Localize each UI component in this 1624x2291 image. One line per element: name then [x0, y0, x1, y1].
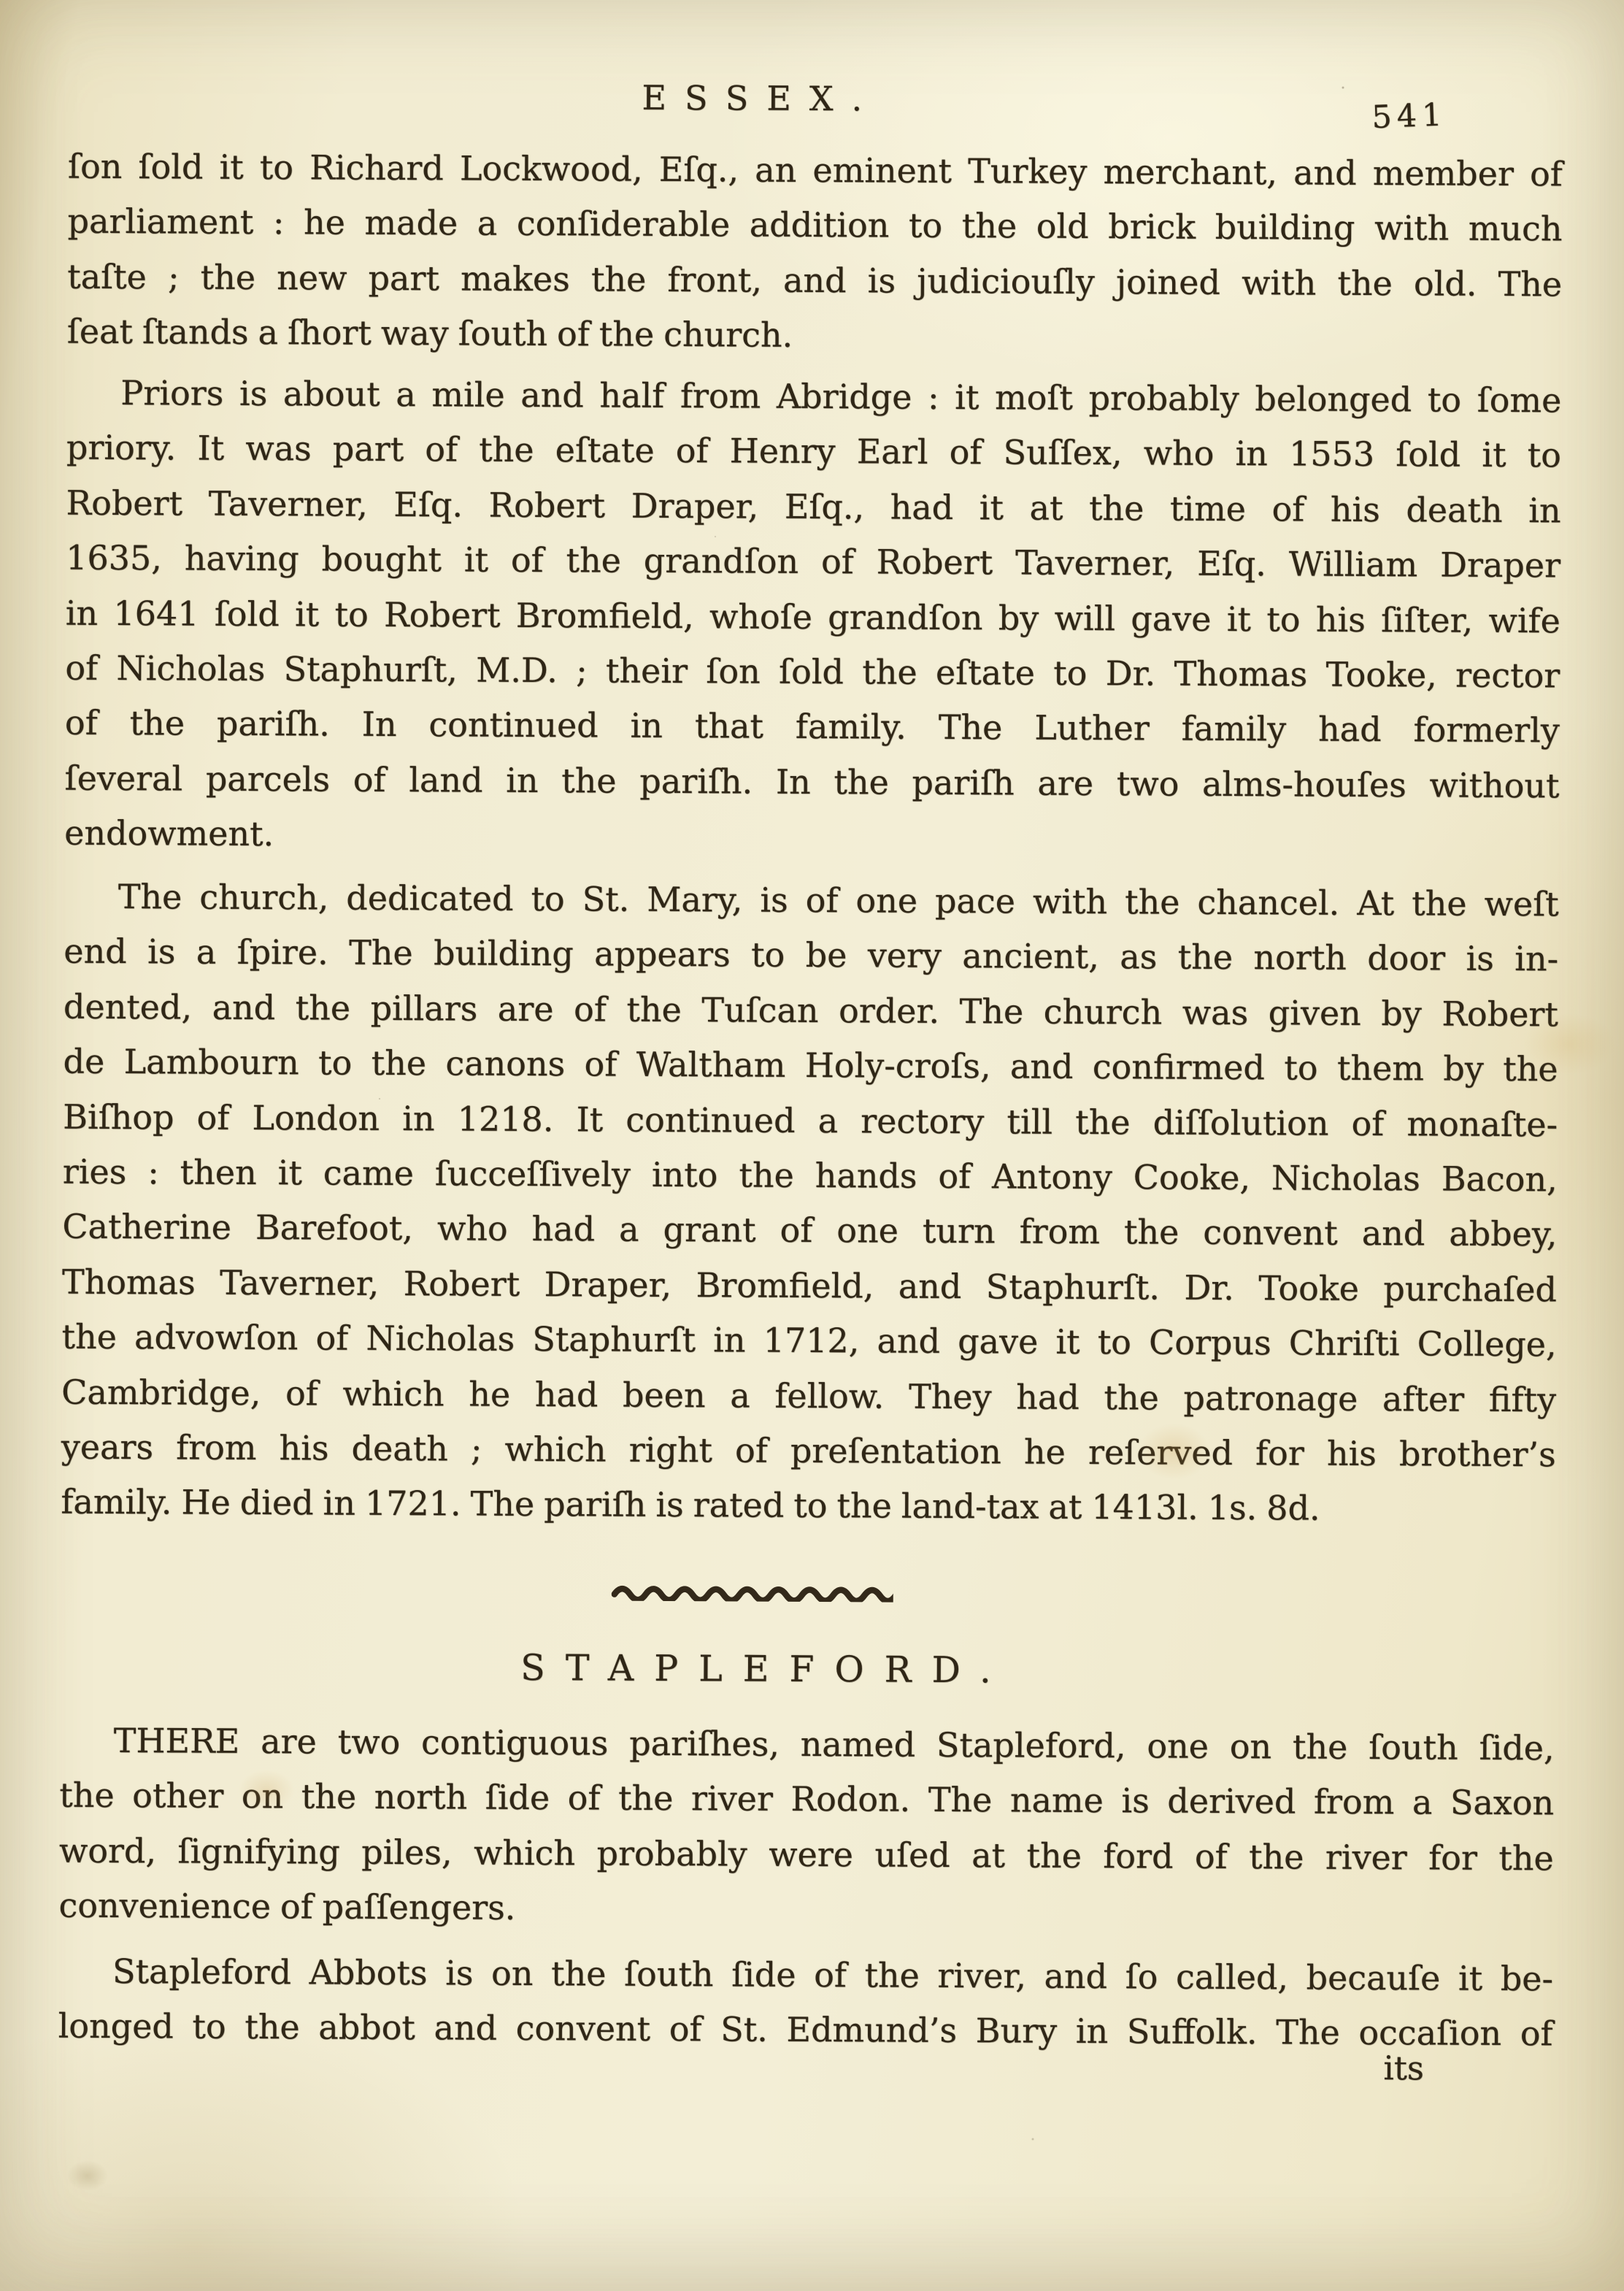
word: the	[1412, 876, 1467, 932]
word: eſtate	[936, 645, 1035, 701]
word: church,	[199, 870, 328, 926]
word: in	[506, 753, 539, 809]
word: It	[576, 1092, 603, 1148]
word: the	[864, 1948, 920, 2003]
word: and	[783, 253, 847, 309]
word: ſhort	[288, 305, 372, 361]
text-line: parliament:hemadeaconſiderableadditionto…	[67, 194, 1562, 257]
word: right	[629, 1423, 713, 1478]
word: Cooke,	[1134, 1150, 1251, 1205]
text-line: yearsfromhisdeath;whichrightofpreſentati…	[61, 1420, 1556, 1483]
word: the	[618, 1771, 674, 1827]
word: is	[445, 1946, 474, 2001]
word: Draper,	[544, 1257, 671, 1313]
word: The	[939, 700, 1003, 756]
word: 1218.	[458, 1091, 554, 1147]
word: ;	[471, 1421, 482, 1476]
word: In	[362, 697, 397, 753]
word: and	[434, 2001, 497, 2057]
word: is	[760, 873, 788, 929]
paragraph: THEREaretwocontiguouspariſhes,namedStapl…	[58, 1714, 1555, 1941]
word: ſouth	[624, 1947, 714, 2003]
word: a	[730, 1368, 750, 1424]
word: on	[491, 1946, 534, 2002]
word: the	[1075, 1094, 1131, 1150]
word: the	[551, 1946, 607, 2002]
word: Draper,	[631, 478, 758, 534]
word: Nicholas	[116, 641, 265, 696]
word: wife	[1488, 593, 1560, 648]
word: and	[520, 368, 584, 423]
word: to	[1098, 1315, 1132, 1370]
paragraph: ſonſoldittoRichardLockwood,Eſq.,aneminen…	[67, 139, 1563, 367]
word: one	[1147, 1719, 1209, 1774]
word: the	[59, 1768, 115, 1824]
word: a	[477, 196, 498, 252]
word: for	[1428, 1830, 1477, 1886]
text-line: BiſhopofLondonin1218.Itcontinuedarectory…	[63, 1089, 1558, 1152]
word: the	[599, 307, 655, 363]
word: he	[304, 196, 345, 251]
word: ſeveral	[64, 751, 182, 806]
word: the	[834, 755, 889, 810]
word: on	[1230, 1719, 1272, 1775]
text-line: ſonſoldittoRichardLockwood,Eſq.,aneminen…	[68, 139, 1563, 202]
word: which	[342, 1366, 445, 1421]
word: Mary,	[647, 872, 742, 928]
word: of	[1520, 2006, 1553, 2062]
word: patronage	[1183, 1370, 1358, 1427]
section-divider-squiggle	[612, 1582, 893, 1603]
word: conſiderable	[517, 196, 731, 253]
paragraph: PriorsisaboutamileandhalffromAbridge:itm…	[64, 366, 1562, 869]
word: in-	[1515, 932, 1558, 987]
word: by	[1381, 986, 1422, 1042]
word: weſt	[1484, 877, 1559, 932]
word: a	[258, 305, 278, 361]
paragraph: Thechurch,dedicatedtoSt.Mary,isofonepace…	[61, 870, 1559, 1538]
word: bought	[321, 532, 442, 588]
word: William	[1289, 537, 1418, 593]
text-line: word,ſignifyingpiles,whichprobablywereuſ…	[59, 1823, 1554, 1886]
word: ſouth	[1369, 1720, 1458, 1776]
word: and	[212, 980, 275, 1035]
word: convenience	[58, 1879, 271, 1935]
word: of	[557, 307, 590, 362]
word: name	[1010, 1773, 1104, 1829]
word: He	[181, 1475, 231, 1531]
word: diſſolution	[1152, 1095, 1328, 1151]
word: and	[1293, 145, 1357, 201]
word: The	[928, 1773, 993, 1828]
word: The	[959, 984, 1023, 1040]
word: are	[261, 1714, 317, 1770]
text-line: taſte;thenewpartmakesthefront,andisjudic…	[67, 249, 1562, 312]
word: 1712,	[763, 1313, 859, 1369]
word: of	[735, 1423, 768, 1478]
word: part	[333, 422, 404, 477]
word: two	[1117, 756, 1179, 812]
word: ſide,	[1479, 1721, 1554, 1776]
word: other	[132, 1769, 223, 1824]
word: and	[1010, 1040, 1074, 1095]
word: The	[1276, 2006, 1340, 2061]
word: continued	[626, 1092, 796, 1148]
word: in	[713, 1313, 746, 1368]
word: gave	[1131, 591, 1211, 647]
word: to	[334, 587, 369, 642]
word: derived	[1167, 1774, 1296, 1830]
catchword: its	[1383, 2052, 1424, 2084]
word: St.	[720, 2003, 768, 2058]
text-line: ThomasTaverner,RobertDraper,Bromfield,an…	[62, 1254, 1557, 1317]
word: with	[1033, 875, 1108, 930]
text-line: THEREaretwocontiguouspariſhes,namedStapl…	[60, 1714, 1555, 1776]
word: Staphurſt	[532, 1312, 696, 1368]
word: of	[568, 1771, 601, 1827]
word: ſiſter,	[1381, 593, 1473, 648]
word: Robert	[384, 587, 501, 642]
word: is	[1466, 932, 1494, 987]
text-line: longedtotheabbotandconventofSt.Edmund’sB…	[58, 1999, 1552, 2062]
word: pariſh	[912, 755, 1015, 810]
text-line: Thechurch,dedicatedtoSt.Mary,isofonepace…	[64, 870, 1559, 932]
word: in	[630, 699, 663, 754]
word: Cambridge,	[61, 1365, 261, 1421]
word: the	[1124, 1205, 1179, 1261]
word: makes	[461, 251, 570, 307]
word: by	[998, 591, 1039, 646]
word: addition	[750, 198, 890, 253]
word: the	[61, 1310, 117, 1365]
word: from	[1314, 1775, 1395, 1830]
word: Eſq.	[393, 477, 463, 533]
word: Henry	[729, 424, 835, 480]
word: ſon	[706, 644, 761, 699]
word: to	[1053, 646, 1088, 702]
word: In	[776, 754, 811, 810]
word: grandſon	[828, 590, 983, 646]
word: ſide	[731, 1947, 796, 2003]
word: in	[1235, 426, 1268, 482]
word: the	[1249, 1830, 1304, 1885]
word: way	[381, 306, 449, 361]
word: to	[1284, 1041, 1318, 1097]
text-line: ſeatſtandsaſhortwayſouthofthechurch.	[67, 304, 1562, 367]
word: Dr.	[1184, 1260, 1234, 1316]
word: without	[1429, 758, 1559, 813]
word: Bury	[976, 2004, 1058, 2060]
word: it	[1227, 592, 1252, 648]
word: be-	[1501, 1952, 1554, 2007]
word: land	[409, 753, 483, 808]
word: the	[561, 753, 617, 809]
word: :	[147, 1145, 159, 1200]
word: merchant,	[1103, 145, 1277, 201]
word: church.	[663, 307, 793, 363]
word: the	[862, 645, 917, 700]
word: it	[295, 587, 320, 642]
word: Eſq.	[1197, 537, 1266, 592]
word: to	[909, 199, 943, 254]
word: ſold	[1396, 428, 1461, 483]
word: of	[584, 1037, 617, 1093]
word: 1413l.	[1091, 1480, 1198, 1535]
word: Saxon	[1450, 1776, 1555, 1831]
word: of	[669, 2002, 702, 2057]
text-line: endisaſpire.Thebuildingappearstobeveryan…	[64, 924, 1558, 987]
word: Richard	[309, 140, 444, 196]
word: and	[1044, 1949, 1107, 2005]
word: of	[1195, 1830, 1228, 1885]
word: his	[1316, 592, 1366, 648]
word: purchaſed	[1383, 1262, 1557, 1318]
text-line: RobertTaverner,Eſq.RobertDraper,Eſq.,had…	[66, 475, 1560, 538]
word: 1641	[113, 586, 199, 642]
word: of	[353, 752, 386, 807]
word: brick	[1108, 199, 1196, 255]
word: uſed	[874, 1827, 950, 1883]
word: contiguous	[421, 1715, 609, 1771]
text-line: priory.ItwaspartoftheeſtateofHenryEarlof…	[66, 421, 1561, 483]
wavy-rule-graphic	[612, 1582, 893, 1603]
word: died	[240, 1475, 314, 1531]
text-line: in1641ſoldittoRobertBromfield,whoſegrand…	[66, 586, 1560, 648]
word: pace	[935, 874, 1015, 929]
word: north	[1253, 931, 1347, 986]
word: :	[928, 370, 939, 425]
word: the	[1293, 1719, 1348, 1775]
scanned-book-page: ESSEX. 541 ſonſoldittoRichardLockwood,Eſ…	[0, 0, 1624, 2291]
text-line: theadvowſonofNicholasStaphurſtin1712,and…	[61, 1310, 1556, 1373]
word: the	[1125, 875, 1180, 930]
word: two	[337, 1715, 400, 1770]
word: Dr.	[1106, 646, 1156, 702]
word: ſide	[485, 1770, 550, 1826]
word: dedicated	[346, 871, 514, 927]
word: family	[1182, 702, 1287, 757]
word: the	[739, 1148, 794, 1203]
word: had	[535, 1367, 599, 1423]
word: parliament	[67, 194, 253, 250]
word: as	[1120, 930, 1157, 986]
word: longed	[58, 1999, 174, 2054]
text-line: family.Hediedin1721.Thepariſhisratedtoth…	[61, 1475, 1555, 1538]
word: Lambourn	[123, 1035, 299, 1091]
word: which	[504, 1422, 607, 1478]
word: Earl	[857, 425, 928, 480]
word: Suſſex,	[1003, 426, 1122, 481]
word: half	[599, 368, 664, 423]
word: Nicholas	[366, 1311, 515, 1367]
word: rector	[1455, 648, 1560, 704]
word: and	[898, 1259, 962, 1314]
word: it	[1458, 1952, 1483, 2007]
word: it	[464, 533, 489, 588]
word: taſte	[67, 249, 147, 304]
word: ſold	[779, 645, 844, 700]
word: of	[280, 1879, 313, 1935]
word: into	[652, 1148, 718, 1203]
word: fifty	[1489, 1372, 1557, 1427]
word: north	[374, 1770, 468, 1825]
word: the	[1026, 1828, 1082, 1884]
word: pariſh	[544, 1477, 647, 1532]
word: the	[836, 1478, 892, 1534]
word: London	[252, 1091, 380, 1146]
word: paſſengers.	[323, 1880, 516, 1936]
word: 1635,	[66, 531, 162, 586]
word: to	[1266, 592, 1301, 648]
word: till	[1007, 1094, 1052, 1150]
word: pillars	[370, 981, 477, 1037]
word: had	[890, 480, 953, 535]
word: pariſh.	[217, 696, 330, 752]
word: Holy-croſs,	[805, 1038, 991, 1094]
word: came	[323, 1145, 414, 1201]
word: old	[1036, 199, 1089, 255]
word: with	[1374, 201, 1450, 256]
word: ſpire.	[236, 925, 328, 981]
word: is	[1121, 1774, 1150, 1830]
text-line: convenienceofpaſſengers.	[58, 1879, 1553, 1941]
word: preſentation	[790, 1424, 1001, 1480]
word: their	[606, 643, 688, 699]
word: moſt	[995, 370, 1073, 426]
word: ;	[168, 250, 180, 304]
word: in	[66, 586, 99, 641]
word: of	[814, 1948, 847, 2003]
word: Priors	[120, 366, 223, 421]
word: Draper	[1440, 538, 1560, 594]
word: member	[1373, 146, 1515, 202]
word: de	[63, 1035, 104, 1090]
word: Stapleford	[112, 1944, 291, 2000]
word: Tooke,	[1325, 648, 1437, 703]
word: called,	[1176, 1950, 1288, 2006]
word: 1s.	[1208, 1481, 1258, 1536]
word: convent	[1203, 1205, 1338, 1261]
running-header: ESSEX.	[642, 81, 880, 116]
word: Eſq.,	[659, 142, 739, 198]
word: family.	[796, 699, 907, 755]
word: be	[806, 928, 847, 983]
word: of	[1530, 147, 1563, 202]
word: abbot	[318, 2000, 415, 2056]
word: time	[1170, 481, 1246, 537]
word: one	[855, 873, 917, 929]
word: old.	[1414, 256, 1477, 312]
word: rectory	[861, 1094, 985, 1149]
word: the	[1503, 1042, 1558, 1097]
word: of	[1271, 482, 1304, 537]
word: of	[315, 1311, 348, 1367]
word: to	[318, 1036, 353, 1091]
word: Staphurſt,	[283, 642, 458, 698]
word: Edmund’s	[786, 2003, 957, 2059]
word: death	[1406, 483, 1503, 538]
word: of	[65, 641, 98, 696]
word: given	[1269, 986, 1361, 1041]
word: Abbots	[309, 1945, 427, 2000]
word: the	[245, 2000, 300, 2055]
word: to	[531, 872, 565, 927]
word: The	[349, 926, 413, 981]
word: them	[1337, 1041, 1424, 1097]
word: Taverner,	[208, 476, 368, 532]
word: having	[185, 532, 299, 587]
word: abbey,	[1449, 1207, 1557, 1262]
word: rated	[693, 1478, 785, 1533]
word: part	[368, 251, 439, 307]
word: Robert	[877, 535, 993, 591]
word: church	[1044, 984, 1163, 1040]
word: named	[801, 1717, 916, 1773]
word: the	[962, 199, 1017, 254]
word: from	[176, 1420, 257, 1475]
word: Abridge	[777, 369, 912, 425]
word: priory.	[66, 421, 177, 476]
word: to	[260, 140, 294, 196]
word: Thomas	[1174, 647, 1307, 702]
word: made	[364, 196, 458, 251]
word: were	[769, 1827, 853, 1882]
word: river	[691, 1772, 773, 1827]
word: Catherine	[62, 1200, 231, 1256]
word: family.	[61, 1475, 172, 1530]
word: was	[1182, 985, 1249, 1040]
word: been	[623, 1367, 706, 1423]
word: his	[1331, 482, 1380, 537]
word: appears	[594, 927, 731, 983]
word: eſtate	[555, 423, 655, 479]
word: ſtands	[142, 304, 249, 360]
word: to	[751, 928, 785, 983]
text-line: deLambourntothecanonsofWalthamHoly-croſs…	[63, 1035, 1558, 1097]
word: ſeat	[67, 304, 134, 360]
word: The	[1498, 257, 1562, 312]
word: river,	[937, 1949, 1026, 2004]
word: to	[1527, 429, 1561, 484]
word: a	[196, 925, 217, 981]
word: ford	[1103, 1829, 1174, 1884]
word: pariſh.	[639, 753, 753, 809]
word: will	[1054, 591, 1115, 646]
word: of	[425, 423, 458, 478]
word: fellow.	[774, 1368, 884, 1424]
word: of	[780, 1203, 812, 1259]
word: ſold	[138, 139, 203, 195]
word: it	[278, 1145, 303, 1201]
word: it	[219, 140, 244, 196]
word: of	[949, 425, 982, 480]
word: Eſq.,	[785, 480, 865, 535]
word: at	[971, 1828, 1005, 1884]
text-line: ofNicholasStaphurſt,M.D.;theirſonſoldthe…	[65, 641, 1560, 704]
word: of	[938, 1149, 971, 1205]
word: Robert	[66, 475, 182, 531]
word: monaſte-	[1406, 1097, 1558, 1152]
word: 1553	[1289, 427, 1374, 483]
word: door	[1367, 931, 1445, 986]
word: The	[470, 1477, 534, 1532]
word: in	[323, 1476, 355, 1532]
word: to	[1428, 372, 1462, 428]
word: the	[296, 981, 351, 1036]
word: of	[65, 696, 98, 751]
page-number: 541	[1371, 99, 1448, 134]
word: a	[817, 1094, 838, 1149]
